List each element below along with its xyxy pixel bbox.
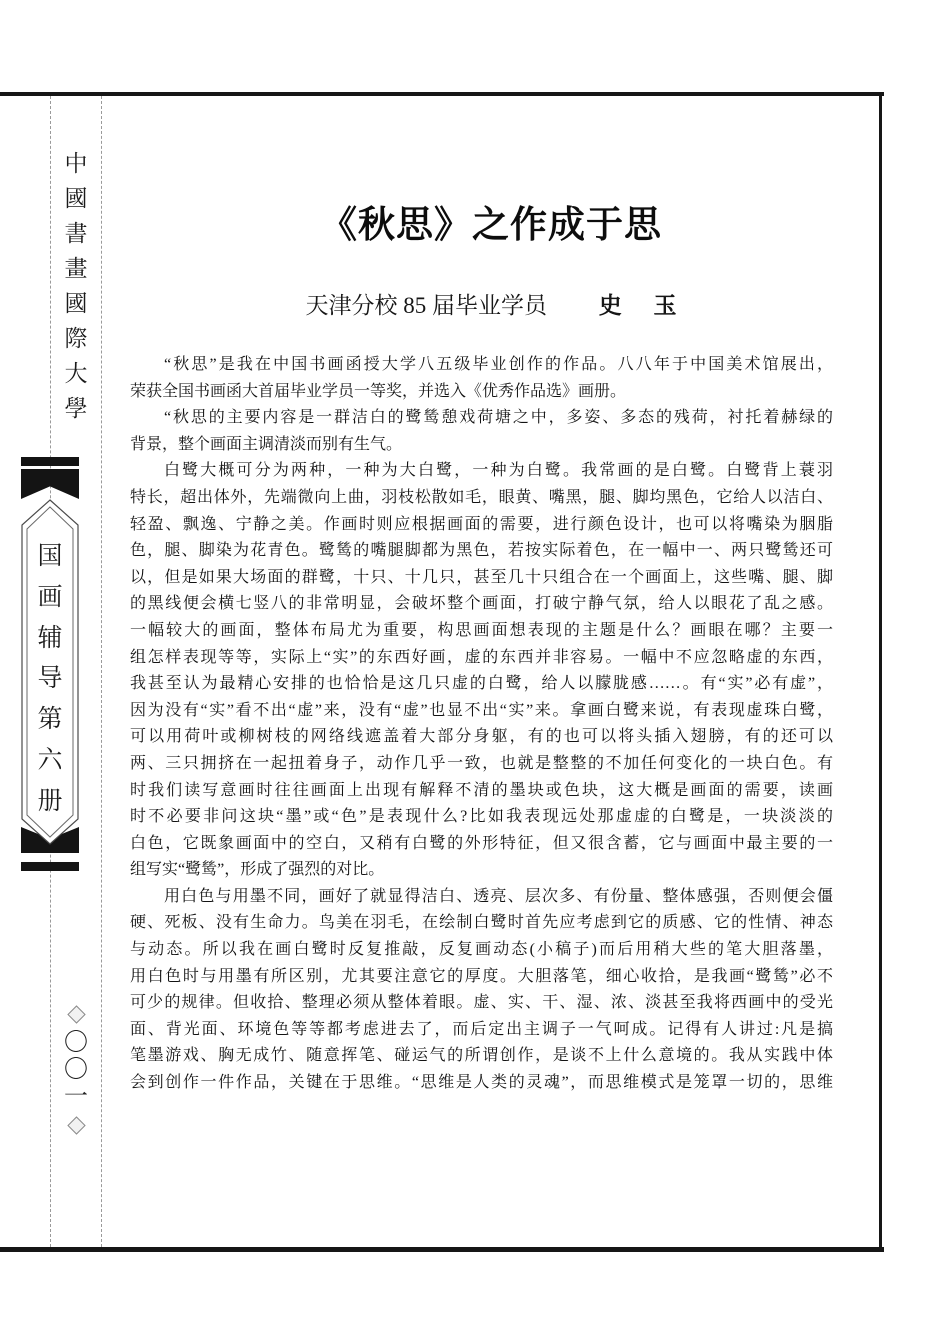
vertical-char: 〇: [64, 1030, 88, 1057]
vertical-char: 際: [65, 323, 88, 358]
body-line: 时不必要非问这块“墨”或“色”是表现什么?比如我表现远处那虚虚的白鹭是，一块淡淡…: [130, 804, 833, 831]
body-line: 时我们读写意画时往往画面上出现有解释不清的墨块或色块，这大概是画面的需要，读画: [130, 778, 833, 805]
vertical-char: 書: [65, 218, 88, 253]
vertical-char: 画: [37, 584, 62, 611]
body-line: 会到创作一件作品，关键在于思维。“思维是人类的灵魂”，而思维模式是笼罩一切的，思…: [130, 1070, 833, 1097]
bookmark-bar-bottom: [21, 862, 79, 871]
diamond-ornament-bottom: [67, 1116, 85, 1134]
author-name-second: 玉: [654, 293, 677, 318]
body-line: “秋思的主要内容是一群洁白的鹭鸶憩戏荷塘之中，多姿、多态的残荷，衬托着赫绿的: [130, 405, 833, 432]
page-border-right: [879, 92, 882, 1252]
byline-affiliation: 天津分校 85 届毕业学员: [306, 293, 548, 318]
bookmark-ribbon-top: [21, 469, 79, 499]
body-line: 可以用荷叶或柳树枝的网络线遮盖着大部分身躯，有的也可以将头插入翅膀，有的还可以: [130, 724, 833, 751]
vertical-char: 册: [37, 788, 62, 815]
bookmark-bar-top: [21, 457, 79, 466]
body-line: 用白色时与用墨有所区别，尤其要注意它的厚度。大胆落笔，细心收拾，是我画“鹭鸶”必…: [130, 964, 833, 991]
page-number-digits: 〇〇一: [64, 1030, 88, 1111]
paragraph: 白鹭大概可分为两种，一种为大白鹭，一种为白鹭。我常画的是白鹭。白鹭背上蓑羽特长，…: [130, 458, 833, 884]
paragraph: “秋思的主要内容是一群洁白的鹭鸶憩戏荷塘之中，多姿、多态的残荷，衬托着赫绿的背景…: [130, 405, 833, 458]
vertical-char: 辅: [37, 625, 62, 652]
body-line: 笔墨游戏、胸无成竹、随意挥笔、碰运气的所谓创作，是谈不上什么意境的。我从实践中体: [130, 1043, 833, 1070]
body-line: 荣获全国书画函大首届毕业学员一等奖，并选入《优秀作品选》画册。: [130, 379, 833, 406]
article-body: “秋思”是我在中国书画函授大学八五级毕业创作的作品。八八年于中国美术馆展出，荣获…: [130, 352, 833, 1097]
body-line: 两、三只拥挤在一起扭着身子，动作几乎一致，也就是整整的不加任何变化的一块白色。有: [130, 751, 833, 778]
body-line: 以，但是如果大场面的群鹭，十只、十几只，甚至几十只组合在一个画面上，这些嘴、腿、…: [130, 565, 833, 592]
body-line: 一幅较大的画面，整体布局尤为重要，构思画面想表现的主题是什么？画眼在哪？主要一: [130, 618, 833, 645]
body-line: 与动态。所以我在画白鹭时反复推敲，反复画动态(小稿子)而后用稍大些的笔大胆落墨，: [130, 937, 833, 964]
vertical-char: 〇: [64, 1057, 88, 1084]
diamond-ornament-top: [67, 1005, 85, 1023]
sidebar-rule-right: [101, 96, 102, 1247]
author-name-first: 史: [599, 293, 622, 318]
series-title-vertical: 国画辅导第六册: [21, 543, 79, 815]
body-line: 用白色与用墨不同，画好了就显得洁白、透亮、层次多、有份量、整体感强，否则便会僵: [130, 884, 833, 911]
page-border-top: [0, 92, 884, 96]
body-line: 白色，它既象画面中的空白，又稍有白鹭的外形特征，但又很含蓄，它与画面中最主要的一: [130, 831, 833, 858]
body-line: 轻盈、飘逸、宁静之美。作画时则应根据画面的需要，进行颜色设计，也可以将嘴染为胭脂: [130, 512, 833, 539]
page-number-column: 〇〇一: [53, 1002, 99, 1139]
body-line: 色，腿、脚染为花青色。鹭鸶的嘴腿脚都为黑色，若按实际着色，在一幅中一、两只鹭鸶还…: [130, 538, 833, 565]
body-line: 组写实“鹭鸶”，形成了强烈的对比。: [130, 857, 833, 884]
body-line: 我甚至认为最精心安排的也恰恰是这几只虚的白鹭，给人以朦胧感……。有“实”必有虚”…: [130, 671, 833, 698]
article-byline: 天津分校 85 届毕业学员 史 玉: [130, 287, 852, 320]
page-border-bottom: [0, 1247, 884, 1252]
vertical-char: 國: [65, 183, 88, 218]
paragraph: “秋思”是我在中国书画函授大学八五级毕业创作的作品。八八年于中国美术馆展出，荣获…: [130, 352, 833, 405]
scanned-document-page: 中國書畫國際大學 国画辅导第六册 〇〇一 《秋思》之作成于思 天津分校 85 届…: [0, 0, 950, 1344]
vertical-char: 國: [65, 288, 88, 323]
vertical-char: 第: [37, 706, 62, 733]
body-line: 背景，整个画面主调清淡而别有生气。: [130, 432, 833, 459]
vertical-char: 畫: [65, 253, 88, 288]
body-line: 组怎样表现等等，实际上“实”的东西好画，虚的东西并非容易。一幅中不应忽略虚的东西…: [130, 645, 833, 672]
body-line: 白鹭大概可分为两种，一种为大白鹭，一种为白鹭。我常画的是白鹭。白鹭背上蓑羽: [130, 458, 833, 485]
vertical-char: 导: [37, 665, 62, 692]
vertical-char: 中: [65, 148, 88, 183]
body-line: 硬、死板、没有生命力。鸟美在羽毛，在绘制白鹭时首先应考虑到它的质感、它的性情、神…: [130, 910, 833, 937]
body-line: 因为没有“实”看不出“虚”来，没有“虚”也显不出“实”来。拿画白鹭来说，有表现虚…: [130, 698, 833, 725]
vertical-char: 一: [64, 1084, 88, 1111]
body-line: 特长，超出体外，先端微向上曲，羽枝松散如毛，眼黄、嘴黑，腿、脚均黑色，它给人以洁…: [130, 485, 833, 512]
article-title: 《秋思》之作成于思: [130, 194, 852, 248]
series-bookmark: 国画辅导第六册: [21, 457, 79, 875]
vertical-char: 国: [37, 543, 62, 570]
paragraph: 用白色与用墨不同，画好了就显得洁白、透亮、层次多、有份量、整体感强，否则便会僵硬…: [130, 884, 833, 1097]
institution-name-vertical: 中國書畫國際大學: [53, 148, 99, 428]
vertical-char: 六: [37, 747, 62, 774]
body-line: 的黑线便会横七竖八的非常明显，会破坏整个画面，打破宁静气氛，给人以眼花了乱之感。: [130, 591, 833, 618]
vertical-char: 大: [65, 358, 88, 393]
vertical-char: 學: [65, 393, 88, 428]
body-line: 可少的规律。但收拾、整理必须从整体着眼。虚、实、干、湿、浓、淡甚至我将西画中的受…: [130, 990, 833, 1017]
body-line: “秋思”是我在中国书画函授大学八五级毕业创作的作品。八八年于中国美术馆展出，: [130, 352, 833, 379]
body-line: 面、背光面、环境色等等都考虑进去了，而后定出主调子一气呵成。记得有人讲过:凡是搞: [130, 1017, 833, 1044]
